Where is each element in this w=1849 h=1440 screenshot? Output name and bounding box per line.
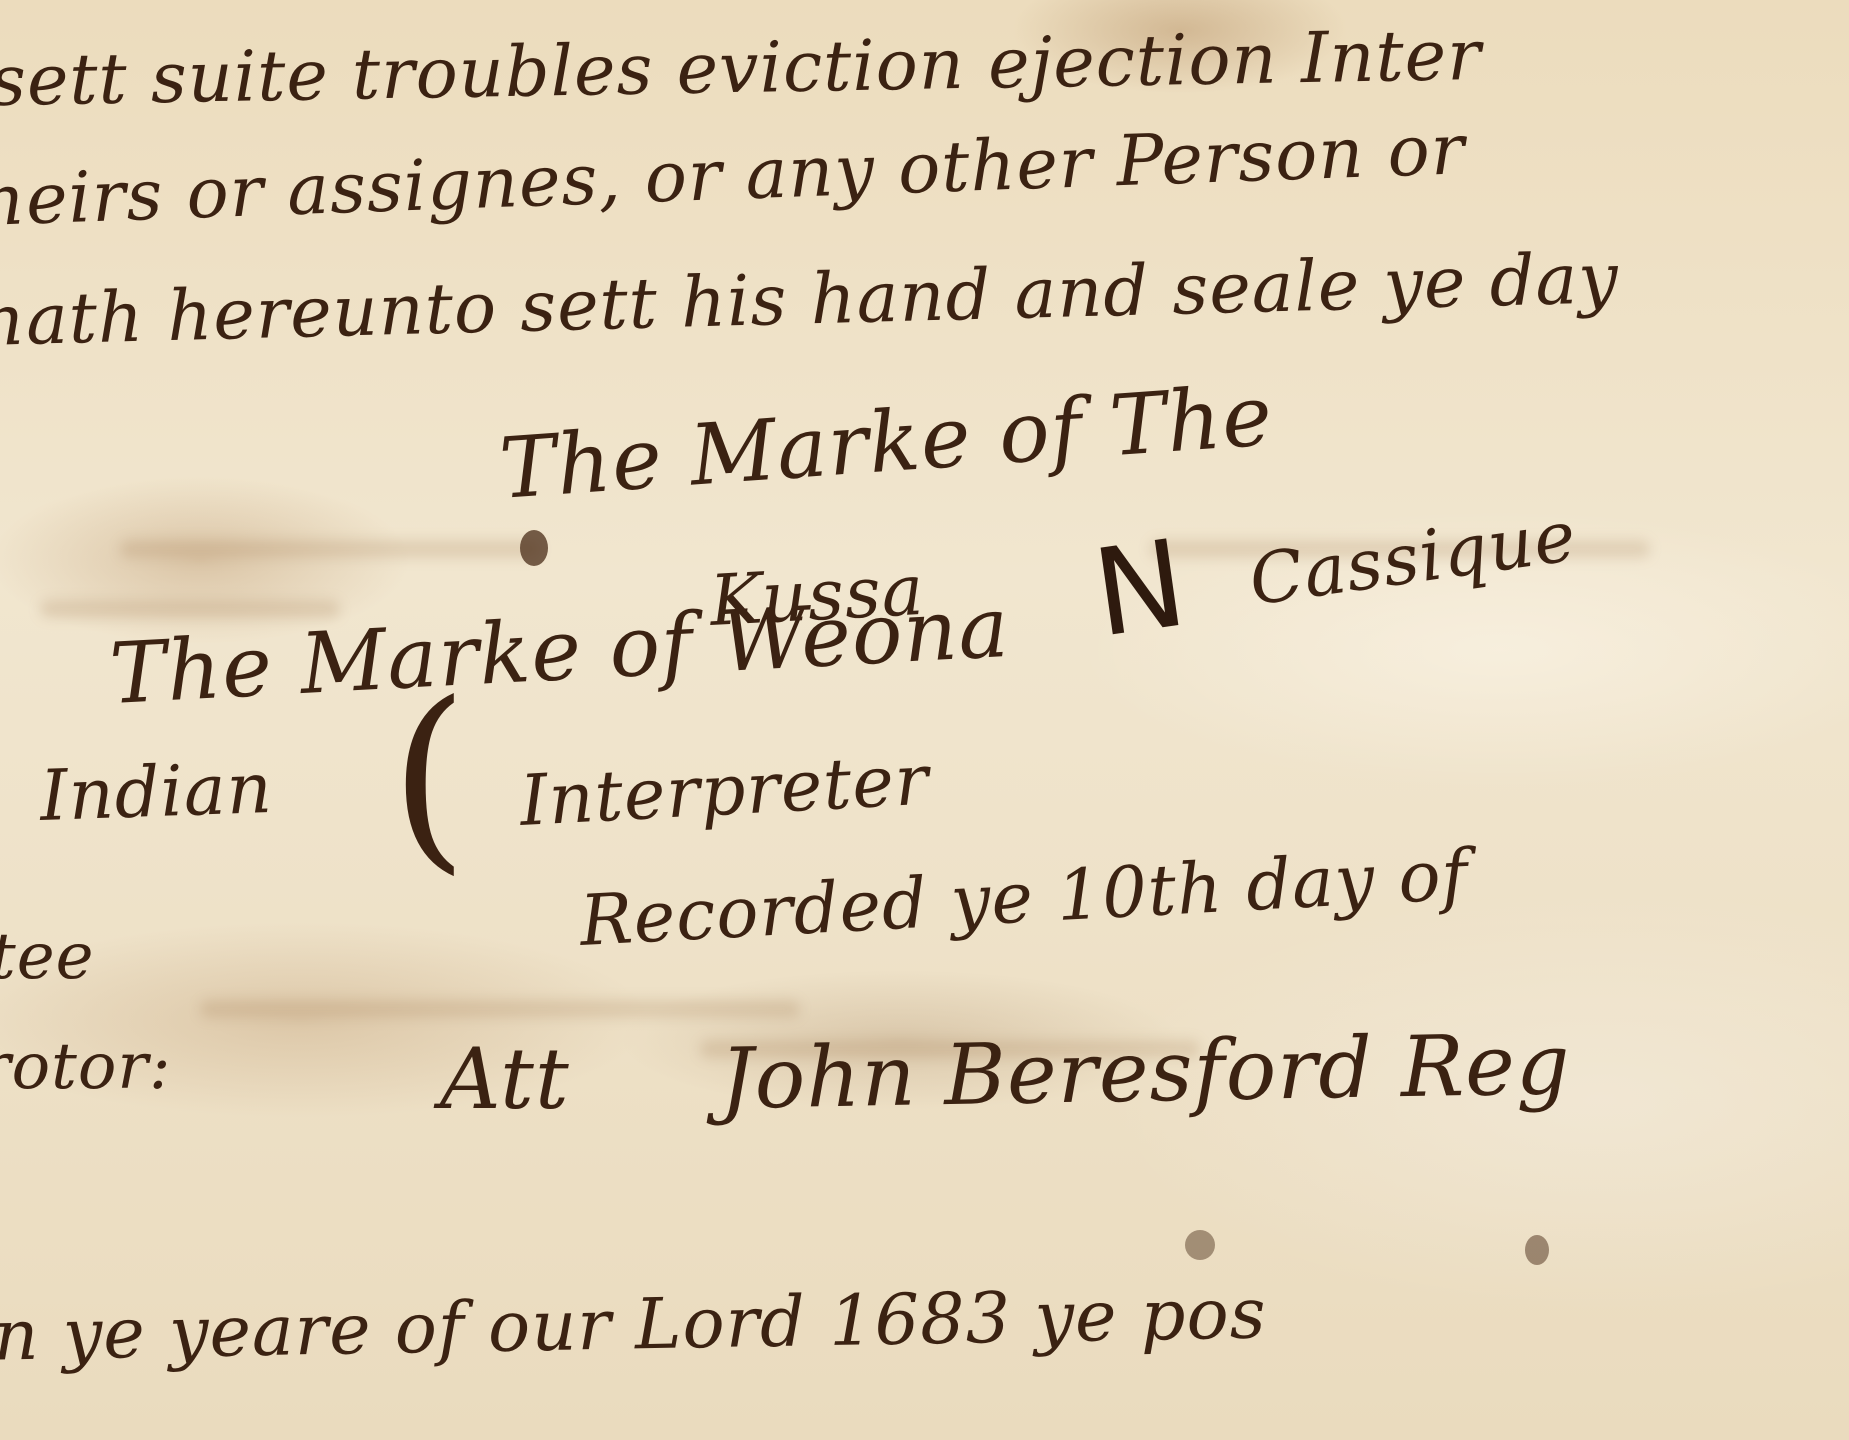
signature-title-cassique: Cassique [1244,495,1581,622]
ink-bleed [120,540,540,558]
margin-fragment-1: tee [0,920,94,994]
registrar-signature: John Beresford Reg [719,1015,1571,1128]
year-line: in ye yeare of our Lord 1683 ye pos [0,1272,1267,1377]
signature-mark-symbol: N [1086,514,1194,664]
text-line-2: heirs or assignes, or any other Person o… [0,108,1466,242]
text-line-1: sett suite troubles eviction ejection In… [0,14,1482,122]
text-line-3: hath hereunto sett his hand and seale ye… [0,237,1620,362]
ink-blot [520,530,548,566]
signature-mark-of-the: The Marke of The [497,366,1276,518]
manuscript-page: sett suite troubles eviction ejection In… [0,0,1849,1440]
ink-blot [1525,1235,1549,1265]
recorded-line: Recorded ye 10th day of [578,834,1470,962]
signature-indian: Indian [39,747,274,837]
ink-blot [1185,1230,1215,1260]
bracket-mark: ( [390,660,468,893]
signature-interpreter: Interpreter [518,739,931,842]
margin-fragment-2: rotor: [0,1030,172,1104]
witness-abbreviation: Att [440,1030,570,1128]
ink-bleed [200,1000,800,1018]
